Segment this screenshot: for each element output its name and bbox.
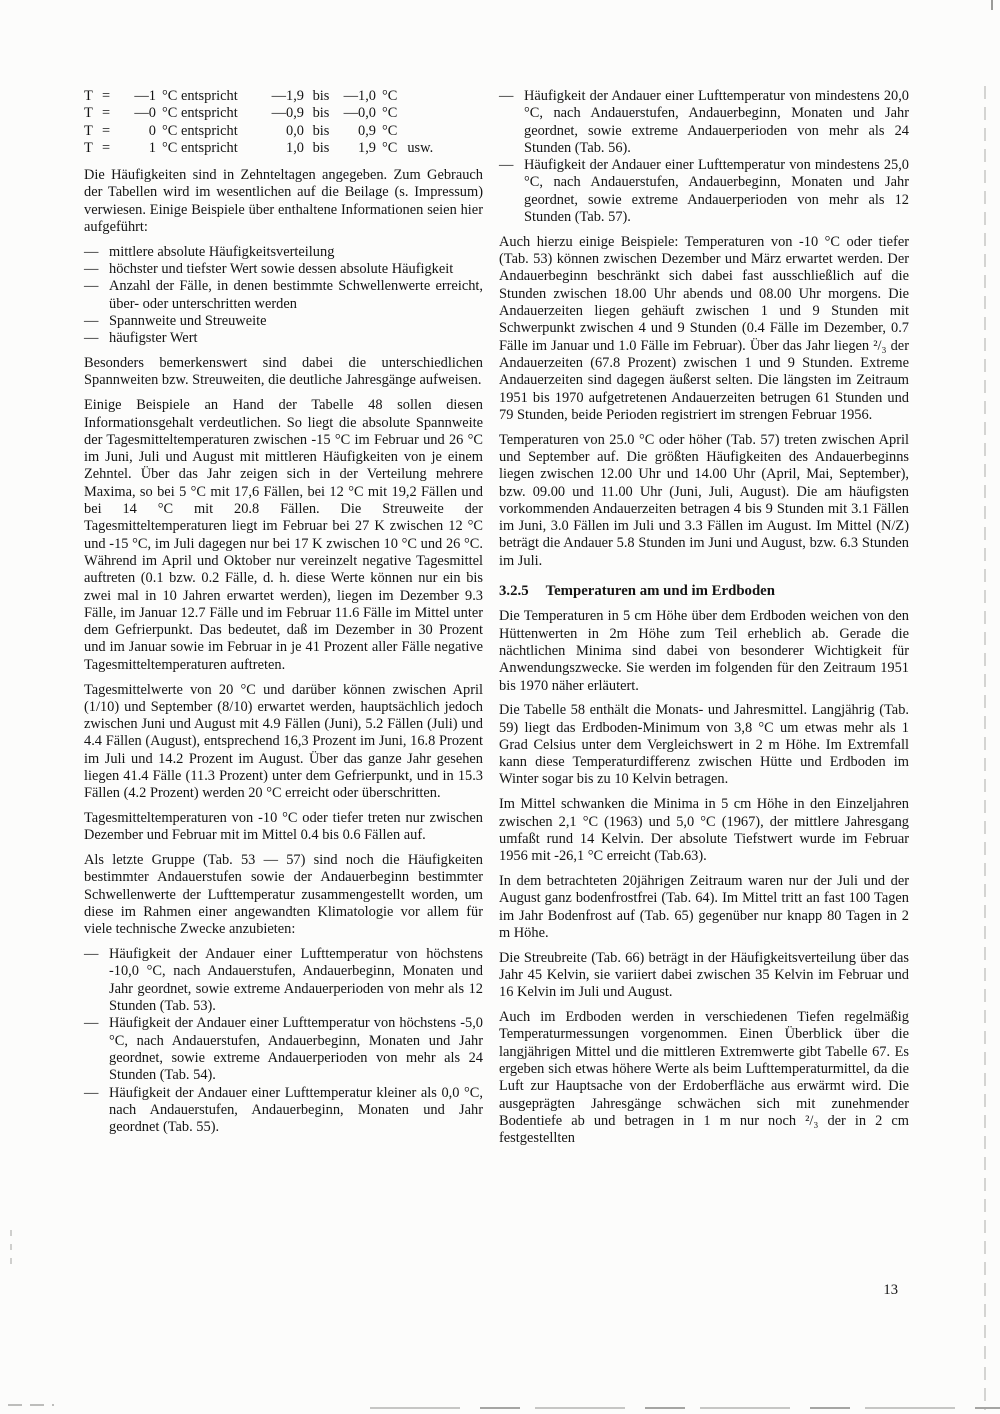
dash-marker: —: [84, 330, 109, 347]
def-degree: °C: [376, 105, 397, 122]
def-equals: =: [102, 88, 128, 105]
bullet-text: häufigster Wert: [109, 330, 483, 347]
paragraph-beispiele-tab48: Einige Beispiele an Hand der Tabelle 48 …: [84, 397, 483, 674]
bullet-text: höchster und tiefster Wert sowie dessen …: [109, 261, 483, 278]
paragraph-auch-hierzu: Auch hierzu einige Beispiele: Temperatur…: [499, 234, 909, 424]
def-symbol: T: [84, 88, 102, 105]
def-suffix: [397, 123, 407, 140]
dash-marker: —: [84, 1085, 109, 1137]
paragraph-tagesmittelwerte: Tagesmittelwerte von 20 °C und darüber k…: [84, 682, 483, 803]
def-suffix: [397, 105, 407, 122]
document-page: T=—1°C entspricht—1,9bis—1,0°C T=—0°C en…: [0, 0, 1000, 1414]
def-unit: °C entspricht: [156, 123, 266, 140]
def-range-from: 0,0: [266, 123, 304, 140]
right-column: — Häufigkeit der Andauer einer Lufttempe…: [499, 88, 909, 1147]
andauer-bullet-list-left: — Häufigkeit der Andauer einer Lufttempe…: [84, 946, 483, 1136]
definition-row: T=—0°C entspricht—0,9bis—0,0°C: [84, 105, 483, 122]
scan-artifact-top-corner: [991, 0, 993, 10]
paragraph-20jaehrig: In dem betrachteten 20jährigen Zeitraum …: [499, 873, 909, 942]
def-symbol: T: [84, 140, 102, 157]
definition-row: T=1°C entspricht1,0bis1,9°Cusw.: [84, 140, 483, 157]
def-bis: bis: [304, 88, 338, 105]
section-heading: 3.2.5Temperaturen am und im Erdboden: [499, 583, 909, 600]
bullet-text: mittlere absolute Häufigkeitsverteilung: [109, 244, 483, 261]
paragraph-bemerkenswert: Besonders bemerkenswert sind dabei die u…: [84, 355, 483, 390]
paragraph-minima: Im Mittel schwanken die Minima in 5 cm H…: [499, 796, 909, 865]
section-title: Temperaturen am und im Erdboden: [546, 583, 775, 599]
bullet-item: — häufigster Wert: [84, 330, 483, 347]
def-bis: bis: [304, 140, 338, 157]
def-bis: bis: [304, 123, 338, 140]
def-unit: °C entspricht: [156, 140, 266, 157]
dash-marker: —: [84, 1015, 109, 1084]
dash-marker: —: [84, 946, 109, 1015]
paragraph-temp5cm: Die Temperaturen in 5 cm Höhe über dem E…: [499, 608, 909, 694]
bullet-item: — Häufigkeit der Andauer einer Lufttempe…: [84, 946, 483, 1015]
bullet-text: Häufigkeit der Andauer einer Lufttempera…: [109, 946, 483, 1015]
bullet-item: — höchster und tiefster Wert sowie desse…: [84, 261, 483, 278]
def-degree: °C: [376, 123, 397, 140]
def-degree: °C: [376, 88, 397, 105]
def-bis: bis: [304, 105, 338, 122]
paragraph-minus10: Tagesmitteltemperaturen von -10 °C oder …: [84, 810, 483, 845]
dash-marker: —: [84, 261, 109, 278]
def-symbol: T: [84, 105, 102, 122]
def-unit: °C entspricht: [156, 88, 266, 105]
bullet-item: — Häufigkeit der Andauer einer Lufttempe…: [84, 1015, 483, 1084]
def-equals: =: [102, 123, 128, 140]
page-number: 13: [499, 1282, 898, 1299]
paragraph-letzte-gruppe: Als letzte Gruppe (Tab. 53 — 57) sind no…: [84, 852, 483, 938]
def-unit: °C entspricht: [156, 105, 266, 122]
def-range-to: 0,9: [338, 123, 376, 140]
def-suffix: [397, 88, 407, 105]
paragraph-temp25: Temperaturen von 25.0 °C oder höher (Tab…: [499, 432, 909, 570]
dash-marker: —: [84, 244, 109, 261]
def-suffix: usw.: [397, 140, 433, 157]
paragraph-intro: Die Häufigkeiten sind in Zehnteltagen an…: [84, 167, 483, 236]
dash-marker: —: [84, 313, 109, 330]
bullet-item: — Anzahl der Fälle, in denen bestimmte S…: [84, 278, 483, 313]
bullet-text: Häufigkeit der Andauer einer Lufttempera…: [109, 1015, 483, 1084]
scan-artifact-bottom-rule: [370, 1407, 1000, 1409]
section-number: 3.2.5: [499, 583, 529, 599]
def-range-to: —1,0: [338, 88, 376, 105]
paragraph-erdboden: Auch im Erdboden werden in verschiedenen…: [499, 1009, 909, 1147]
definition-row: T=0°C entspricht0,0bis0,9°C: [84, 123, 483, 140]
def-value: 0: [128, 123, 156, 140]
bullet-item: — Häufigkeit der Andauer einer Lufttempe…: [499, 88, 909, 157]
def-degree: °C: [376, 140, 397, 157]
bullet-item: — Häufigkeit der Andauer einer Lufttempe…: [84, 1085, 483, 1137]
paragraph-tabelle58: Die Tabelle 58 enthält die Monats- und J…: [499, 702, 909, 788]
def-value: 1: [128, 140, 156, 157]
bullet-item: — Häufigkeit der Andauer einer Lufttempe…: [499, 157, 909, 226]
def-range-to: —0,0: [338, 105, 376, 122]
bullet-text: Häufigkeit der Andauer einer Lufttempera…: [109, 1085, 483, 1137]
scan-artifact-bottom-left: [8, 1404, 54, 1406]
def-range-from: 1,0: [266, 140, 304, 157]
bullet-text: Anzahl der Fälle, in denen bestimmte Sch…: [109, 278, 483, 313]
bullet-text: Häufigkeit der Andauer einer Lufttempera…: [524, 88, 909, 157]
left-column: T=—1°C entspricht—1,9bis—1,0°C T=—0°C en…: [84, 88, 483, 1144]
scan-artifact-right-rule: [984, 86, 986, 1410]
paragraph-streubreite: Die Streubreite (Tab. 66) beträgt in der…: [499, 950, 909, 1002]
def-range-from: —1,9: [266, 88, 304, 105]
dash-marker: —: [84, 278, 109, 313]
bullet-text: Häufigkeit der Andauer einer Lufttempera…: [524, 157, 909, 226]
def-value: —0: [128, 105, 156, 122]
dash-marker: —: [499, 157, 524, 226]
def-equals: =: [102, 105, 128, 122]
bullet-item: — mittlere absolute Häufigkeitsverteilun…: [84, 244, 483, 261]
definition-block: T=—1°C entspricht—1,9bis—1,0°C T=—0°C en…: [84, 88, 483, 157]
scan-artifact-left-ticks: [10, 1230, 12, 1270]
def-symbol: T: [84, 123, 102, 140]
definition-row: T=—1°C entspricht—1,9bis—1,0°C: [84, 88, 483, 105]
def-equals: =: [102, 140, 128, 157]
def-range-from: —0,9: [266, 105, 304, 122]
dash-marker: —: [499, 88, 524, 157]
bullet-item: — Spannweite und Streuweite: [84, 313, 483, 330]
andauer-bullet-list-right: — Häufigkeit der Andauer einer Lufttempe…: [499, 88, 909, 226]
bullet-text: Spannweite und Streuweite: [109, 313, 483, 330]
def-value: —1: [128, 88, 156, 105]
info-bullet-list: — mittlere absolute Häufigkeitsverteilun…: [84, 244, 483, 348]
def-range-to: 1,9: [338, 140, 376, 157]
